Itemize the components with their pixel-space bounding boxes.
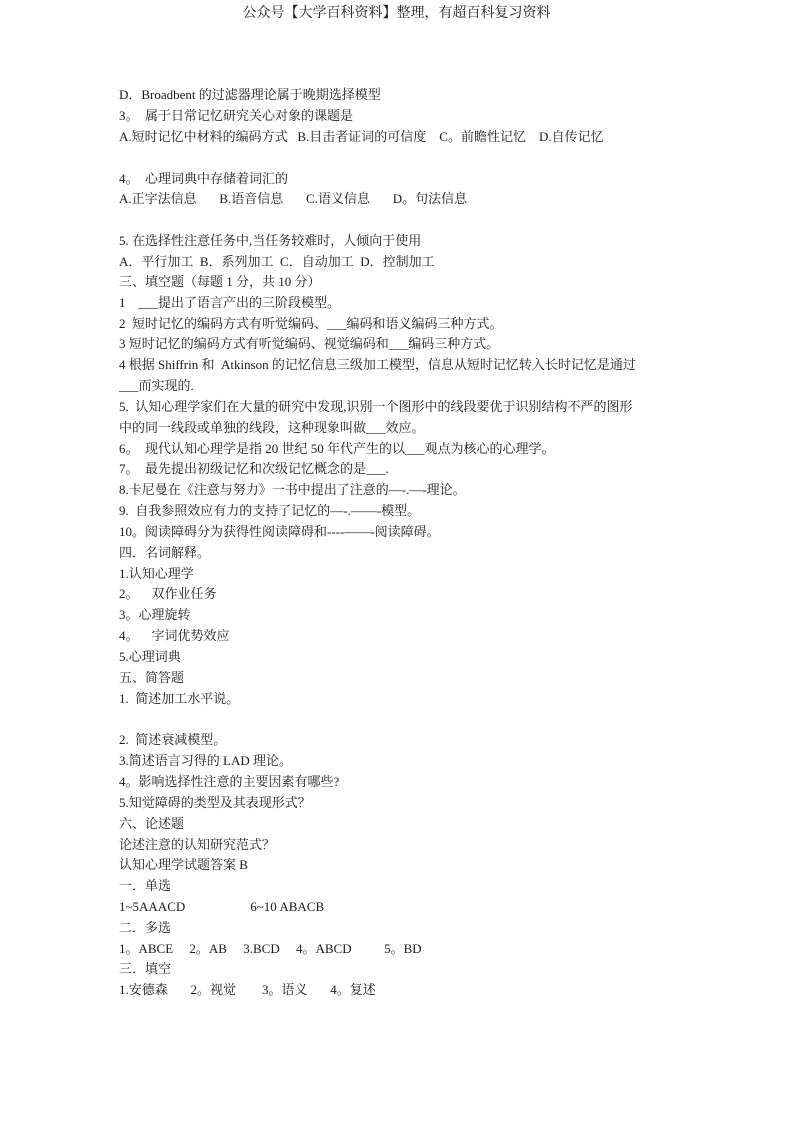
text-line: 7。 最先提出初级记忆和次级记忆概念的是___.: [119, 460, 389, 478]
text-line: 3.简述语言习得的 LAD 理论。: [119, 752, 292, 770]
text-line: 认知心理学试题答案 B: [119, 856, 248, 874]
text-line: A.短时记忆中材料的编码方式 B.目击者证词的可信度 C。前瞻性记忆 D.自传记…: [119, 128, 604, 146]
text-line: 1 ___提出了语言产出的三阶段模型。: [119, 294, 340, 312]
text-line: 5.心理词典: [119, 648, 181, 666]
text-line: 三、填空题（每题 1 分，共 10 分）: [119, 273, 321, 291]
text-line: 一．单选: [119, 877, 171, 895]
text-line: D．Broadbent 的过滤器理论属于晚期选择模型: [119, 86, 381, 104]
text-line: 1.安德森 2。视觉 3。语义 4。复述: [119, 981, 376, 999]
text-line: 2 短时记忆的编码方式有听觉编码、___编码和语义编码三种方式。: [119, 315, 503, 333]
text-line: 中的同一线段或单独的线段，这种现象叫做___效应。: [119, 419, 425, 437]
text-line: 五、简答题: [119, 669, 184, 687]
text-line: 2. 简述衰减模型。: [119, 731, 226, 749]
text-line: A.正字法信息 B.语音信息 C.语义信息 D。句法信息: [119, 190, 467, 208]
text-line: 论述注意的认知研究范式？: [119, 836, 275, 854]
text-line: 三．填空: [119, 960, 171, 978]
text-line: ___而实现的.: [119, 377, 194, 395]
text-line: 6。 现代认知心理学是指 20 世纪 50 年代产生的以___观点为核心的心理学…: [119, 440, 555, 458]
text-line: 5. 在选择性注意任务中,当任务较难时，人倾向于使用: [119, 232, 421, 250]
text-line: 4 根据 Shiffrin 和 Atkinson 的记忆信息三级加工模型，信息从…: [119, 356, 636, 374]
text-line: 二．多选: [119, 919, 171, 937]
text-line: 1。ABCE 2。AB 3.BCD 4。ABCD 5。BD: [119, 940, 422, 958]
text-line: 2。 双作业任务: [119, 585, 217, 603]
text-line: 10。阅读障碍分为获得性阅读障碍和----——-阅读障碍。: [119, 523, 440, 541]
text-line: 3。心理旋转: [119, 606, 191, 624]
text-line: 8.卡尼曼在《注意与努力》一书中提出了注意的—-.—-理论。: [119, 481, 466, 499]
text-line: 9. 自我参照效应有力的支持了记忆的—-.——-模型。: [119, 502, 420, 520]
text-line: 5. 认知心理学家们在大量的研究中发现,识别一个图形中的线段要优于识别结构不严的…: [119, 398, 633, 416]
text-line: 3。 属于日常记忆研究关心对象的课题是: [119, 107, 353, 125]
page-header-watermark: 公众号【大学百科资料】整理，有超百科复习资料: [0, 4, 793, 24]
text-line: 4。影响选择性注意的主要因素有哪些?: [119, 773, 339, 791]
text-line: 5.知觉障碍的类型及其表现形式？: [119, 794, 311, 812]
text-line: 1. 简述加工水平说。: [119, 690, 239, 708]
text-line: 1~5AAACD 6~10 ABACB: [119, 898, 324, 916]
text-line: 1.认知心理学: [119, 565, 194, 583]
text-line: 4。 心理词典中存储着词汇的: [119, 170, 288, 188]
text-line: 4。 字词优势效应: [119, 627, 230, 645]
text-line: 3 短时记忆的编码方式有听觉编码、视觉编码和___编码三种方式。: [119, 335, 499, 353]
text-line: A．平行加工 B．系列加工 C．自动加工 D．控制加工: [119, 253, 435, 271]
text-line: 六、论述题: [119, 815, 184, 833]
text-line: 四．名词解释。: [119, 544, 210, 562]
